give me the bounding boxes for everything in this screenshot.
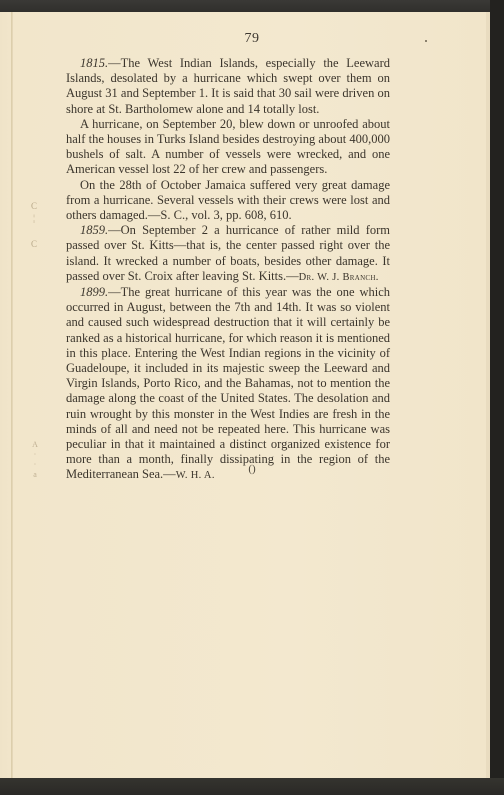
section-end-mark: () (0, 463, 504, 475)
margin-mark: ¦ (28, 212, 40, 224)
paragraph-text: On the 28th of October Jamaica suffered … (66, 178, 390, 222)
scan-border-right (490, 0, 504, 795)
paragraph-1815: 1815.—The West Indian Islands, especiall… (66, 56, 390, 117)
margin-marks-upper: C ¦ C (28, 200, 40, 250)
paragraph-text: —The West Indian Islands, especially the… (66, 56, 390, 116)
scan-border-bottom (0, 778, 504, 795)
page-number: 79 (0, 31, 504, 47)
margin-mark: · (30, 450, 40, 460)
margin-mark: A (30, 440, 40, 450)
year-label: 1815. (80, 56, 108, 70)
page-edge (486, 12, 490, 780)
year-label: 1859. (80, 223, 108, 237)
attribution: Dr. W. J. Branch. (299, 272, 379, 283)
binding-fold (11, 12, 13, 778)
year-label: 1899. (80, 285, 108, 299)
paragraph-1859: 1859.—On September 2 a hurricance of rat… (66, 223, 390, 285)
paragraph-1899: 1899.—The great hurricane of this year w… (66, 285, 390, 484)
speck-mark (425, 40, 427, 42)
body-text: 1815.—The West Indian Islands, especiall… (66, 56, 390, 484)
paragraph-text: —The great hurricane of this year was th… (66, 285, 390, 481)
paragraph-text: A hurricane, on September 20, blew down … (66, 117, 390, 177)
paragraph-turks-island: A hurricane, on September 20, blew down … (66, 117, 390, 178)
paragraph-jamaica: On the 28th of October Jamaica suffered … (66, 178, 390, 224)
margin-mark: C (28, 200, 40, 212)
margin-mark: C (28, 238, 40, 250)
